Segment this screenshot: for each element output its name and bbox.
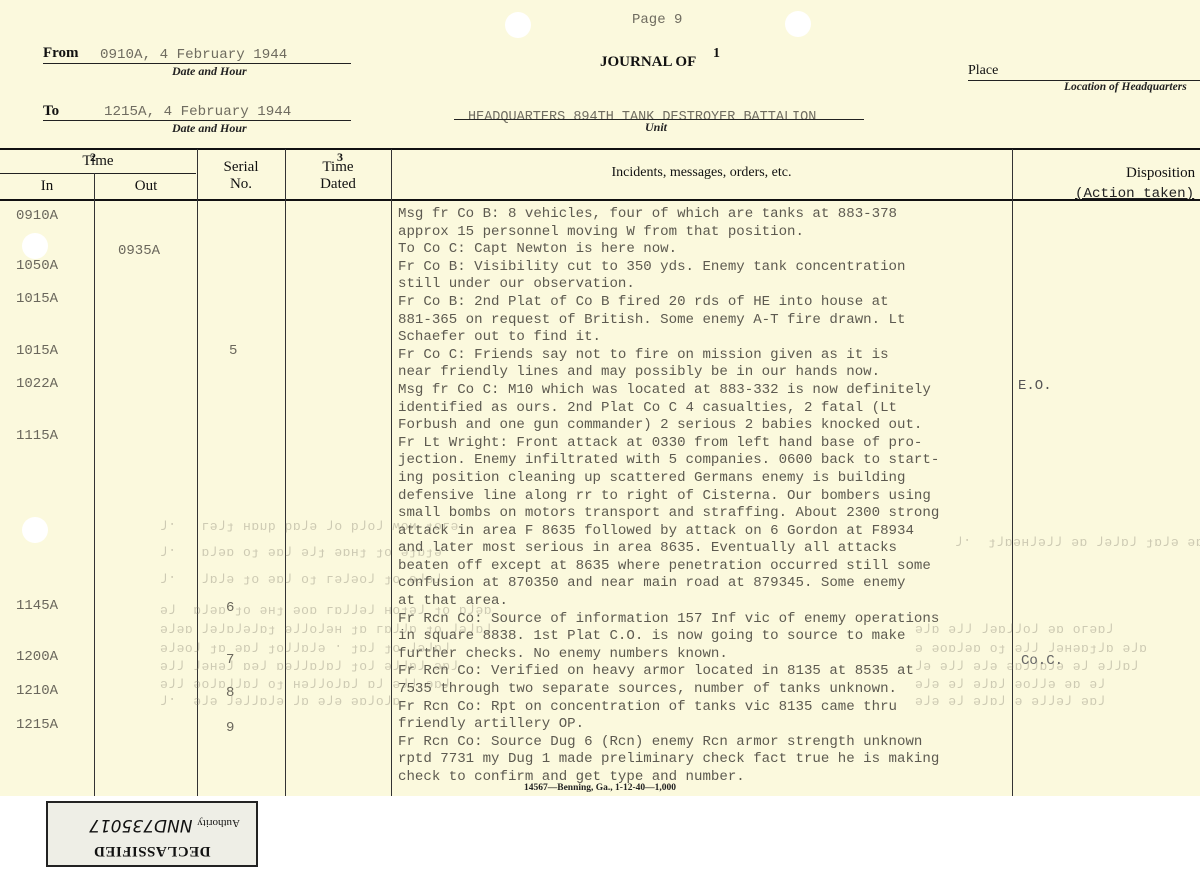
entry: To Co C: Capt Newton is here now. <box>398 241 968 259</box>
entry: Msg fr Co B: 8 vehicles, four of which a… <box>398 206 968 241</box>
entry: Fr Lt Wright: Front attack at 0330 from … <box>398 435 968 611</box>
time-split-rule <box>0 173 196 174</box>
declassified-stamp: DECLASSIFIED Authority NND735017 <box>46 801 258 867</box>
disposition-cell: E.O. <box>1018 378 1052 394</box>
punch-hole <box>22 233 48 259</box>
to-label: To <box>43 103 59 120</box>
time-in-cell: 1200A <box>16 649 58 665</box>
from-caption: Date and Hour <box>172 64 247 79</box>
time-in-cell: 1215A <box>16 717 58 733</box>
journal-footnote: 1 <box>713 46 720 62</box>
journal-title: JOURNAL OF <box>600 54 696 71</box>
printer-line: 14567—Benning, Ga., 1-12-40—1,000 <box>0 783 1200 793</box>
stamp-title: DECLASSIFIED <box>48 842 256 859</box>
serial-cell: 7 <box>226 652 234 668</box>
serial-cell: 5 <box>229 343 237 359</box>
entry: Msg fr Co C: M10 which was located at 88… <box>398 382 968 435</box>
entry: Fr Rcn Co: Source of information 157 Inf… <box>398 611 968 664</box>
time-in-cell: 1115A <box>16 428 58 444</box>
time-in-cell: 1050A <box>16 258 58 274</box>
col-header-serial: Serial <box>197 159 285 176</box>
col-header-dated: Dated <box>285 176 391 193</box>
time-in-cell: 0910A <box>16 208 58 224</box>
col-header-serial-no: No. <box>197 176 285 193</box>
time-dated-footnote: 3 <box>337 150 343 165</box>
entry: Fr Rcn Co: Source Dug 6 (Rcn) enemy Rcn … <box>398 734 968 787</box>
from-value: 0910A, 4 February 1944 <box>100 47 287 63</box>
serial-cell: 6 <box>226 600 234 616</box>
serial-cell: 8 <box>226 685 234 701</box>
punch-hole <box>505 12 531 38</box>
stamp-authority-value: NND735017 <box>89 815 192 835</box>
bleed-through-text: ɿ. ʇɿɒɘʜɿɘɿɿ ɘɒ ɿɘɿɒɿ ʇɒɿɘ ɘɒɿɿ <box>955 535 1200 550</box>
from-label: From <box>43 45 79 62</box>
col-divider <box>94 173 95 796</box>
place-caption: Location of Headquarters <box>1064 81 1187 93</box>
time-in-cell: 1015A <box>16 291 58 307</box>
col-header-time: Time <box>0 153 196 170</box>
time-in-cell: 1210A <box>16 683 58 699</box>
time-out-cell: 0935A <box>118 243 160 259</box>
entry: Fr Rcn Co: Verified on heavy armor locat… <box>398 663 968 698</box>
unit-caption: Unit <box>645 120 667 135</box>
journal-page: Page 9 From 0910A, 4 February 1944 Date … <box>0 0 1200 796</box>
time-in-cell: 1145A <box>16 598 58 614</box>
col-header-incidents: Incidents, messages, orders, etc. <box>391 165 1012 181</box>
col-header-in: In <box>0 178 94 195</box>
table-top-rule <box>0 148 1200 150</box>
time-in-cell: 1015A <box>16 343 58 359</box>
bleed-through-text: ɿ. ɘɿɘ ɿɘɿɿɒɿɘ ɿɒ ɘɿɘ ɘɒɿoɿɒ <box>160 694 401 709</box>
unit-value: HEADQUARTERS 894TH TANK DESTROYER BATTAL… <box>468 110 816 125</box>
col-header-action-taken: (Action taken) <box>1075 186 1194 202</box>
page-number: Page 9 <box>632 12 682 28</box>
time-footnote: 2 <box>90 150 96 165</box>
col-header-out: Out <box>95 178 197 195</box>
stamp-authority-label: Authority <box>197 817 240 829</box>
to-caption: Date and Hour <box>172 121 247 136</box>
entry: Fr Co B: Visibility cut to 350 yds. Enem… <box>398 259 968 294</box>
stamp-authority: Authority NND735017 <box>89 815 240 835</box>
punch-hole <box>22 517 48 543</box>
place-label: Place <box>968 63 998 79</box>
disposition-cell: Co.C. <box>1021 653 1063 669</box>
header-bottom-rule <box>0 199 1200 201</box>
entry: Fr Co B: 2nd Plat of Co B fired 20 rds o… <box>398 294 968 347</box>
punch-hole <box>785 11 811 37</box>
time-in-cell: 1022A <box>16 376 58 392</box>
col-header-disposition: Disposition <box>1126 165 1195 182</box>
entry: Fr Co C: Friends say not to fire on miss… <box>398 347 968 382</box>
to-value: 1215A, 4 February 1944 <box>104 104 291 120</box>
entry: Fr Rcn Co: Rpt on concentration of tanks… <box>398 699 968 734</box>
serial-cell: 9 <box>226 720 234 736</box>
incidents-column: Msg fr Co B: 8 vehicles, four of which a… <box>398 206 968 787</box>
